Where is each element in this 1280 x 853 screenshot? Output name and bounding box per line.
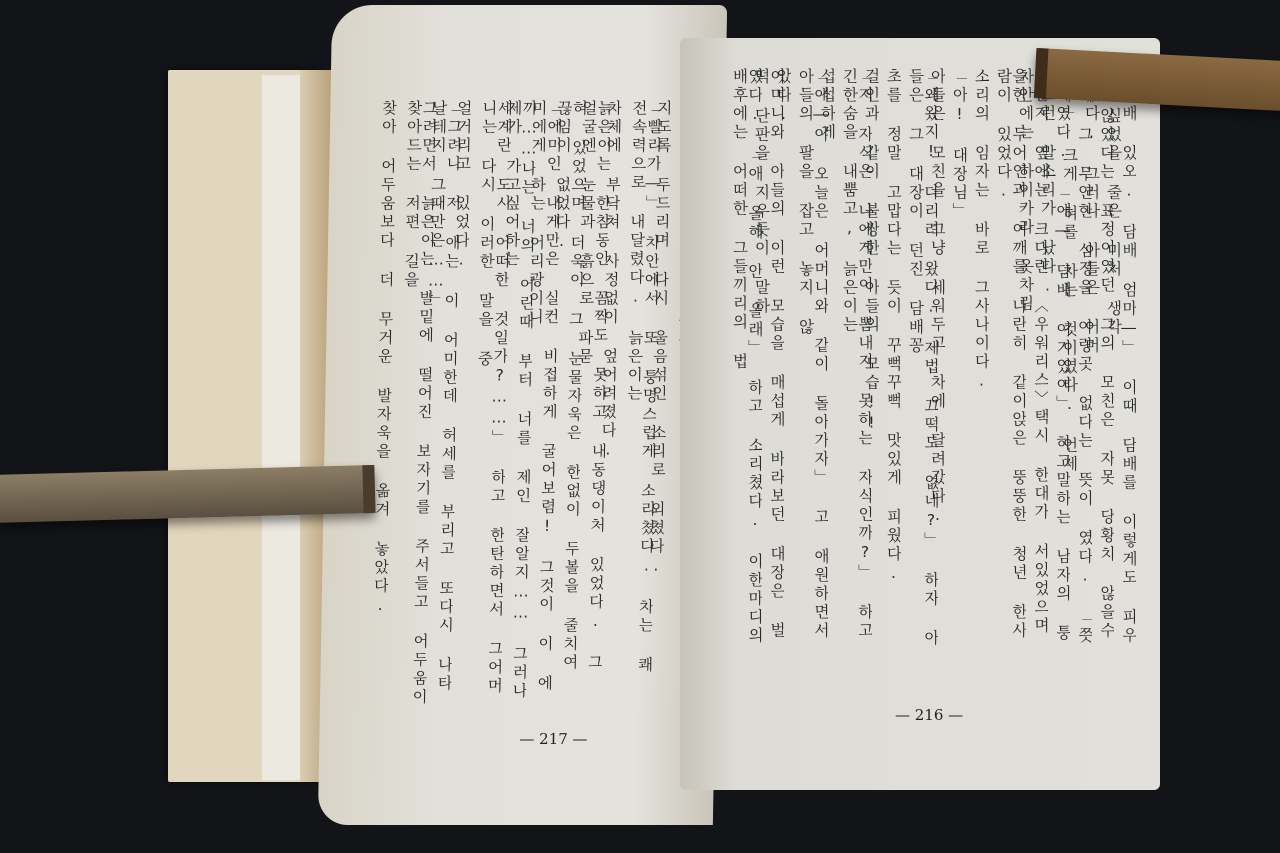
wooden-page-weight-left: [0, 465, 376, 523]
text-column: 였다. 「애 올해 안 올래」 하고 소리쳤다. 이한마디의 배후에는 어떠한 …: [731, 68, 762, 648]
text-column: 을한 두어인과 어깨를 나란히 같이앉은 뚱뚱한 청년 한사람이 있었다.: [995, 68, 1026, 648]
right-page-number: — 216 —: [895, 706, 963, 724]
text-column: 소리의 임자는 바로 그사나이다.: [973, 68, 989, 648]
text-column: 「애―야 오늘은 어머니와 같이 돌아가자」 고 애원하면서 아들의 팔을 잡고…: [797, 68, 828, 648]
text-column: 초를 정말 고맙다는 듯이 꾸뻑꾸뻑 맛있게 피웠다.: [885, 68, 901, 648]
text-column: 「왜왔지! 다리려 왔다. 제법 끄떡도 없네?」 하자 아들은 그 대장이 던…: [907, 68, 938, 648]
text-column: 「아! 대장님」: [951, 68, 967, 648]
text-column: 찾아 어두움보다 더 무거운 발자욱을 옮겨 놓았다.: [370, 100, 396, 710]
left-page: 「우리애를 보내주시요. 부탁입니다. 가도록 해주시요」 늙은이는 차의 유리…: [318, 5, 727, 825]
text-column: 「저 자식은 나에게만이 뽐내지 못하는 자식인까?」 하고 긴한숨을 내뿜고,…: [841, 68, 872, 648]
left-page-number: — 217 —: [519, 730, 587, 748]
right-page: 「담배 있오. 담배 엄마―」 이때 담배를 이렇게도 피우고 싶었을 줄은 미…: [680, 38, 1160, 790]
